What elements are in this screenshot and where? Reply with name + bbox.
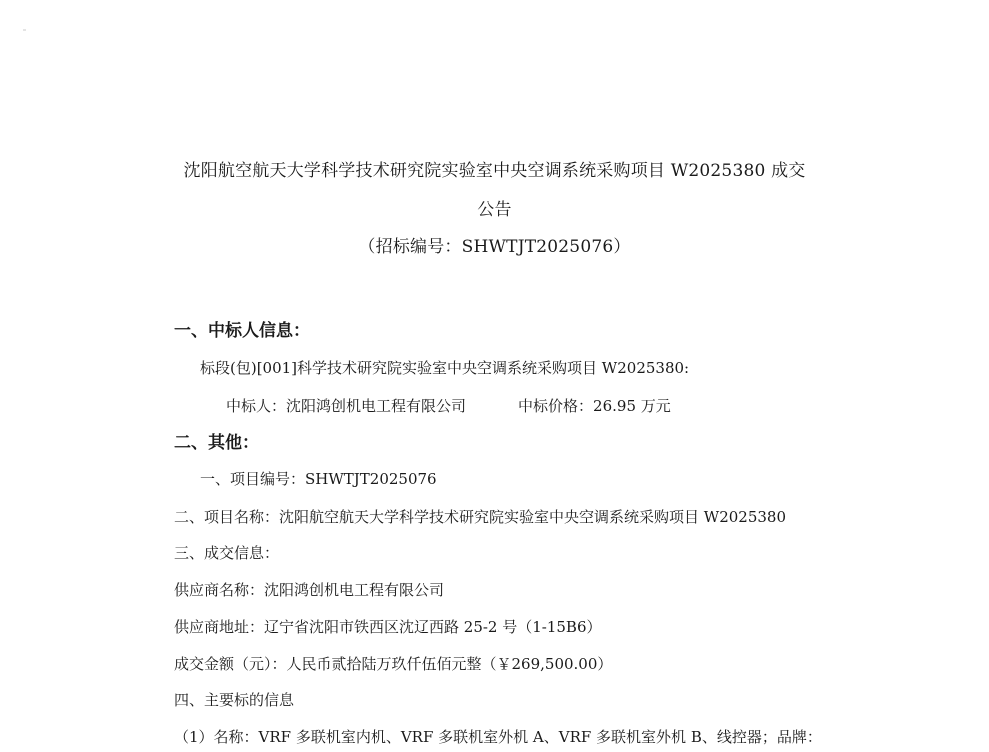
supplier-address: 供应商地址：辽宁省沈阳市铁西区沈辽西路 25-2 号（1-15B6） [174, 617, 602, 637]
winner-label: 中标人： [226, 397, 286, 415]
scan-artifact [23, 29, 26, 31]
document-title-line2: 公告 [0, 199, 989, 221]
project-name: 二、项目名称：沈阳航空航天大学科学技术研究院实验室中央空调系统采购项目 W202… [174, 507, 786, 527]
document-page: 沈阳航空航天大学科学技术研究院实验室中央空调系统采购项目 W2025380 成交… [0, 0, 989, 752]
main-items-heading: 四、主要标的信息 [174, 690, 294, 710]
winner-line: 中标人：沈阳鸿创机电工程有限公司中标价格：26.95 万元 [226, 396, 671, 416]
deal-info-heading: 三、成交信息： [174, 543, 279, 563]
price-label: 中标价格： [518, 397, 593, 415]
section-heading-winner-info: 一、中标人信息： [174, 320, 310, 342]
document-title-line1: 沈阳航空航天大学科学技术研究院实验室中央空调系统采购项目 W2025380 成交 [0, 160, 989, 182]
item-1: （1）名称：VRF 多联机室内机、VRF 多联机室外机 A、VRF 多联机室外机… [174, 727, 822, 747]
section-heading-other: 二、其他： [174, 432, 259, 454]
lot-line: 标段(包)[001]科学技术研究院实验室中央空调系统采购项目 W2025380: [200, 358, 689, 378]
project-number: 一、项目编号：SHWTJT2025076 [200, 469, 437, 489]
tender-number: （招标编号：SHWTJT2025076） [0, 236, 989, 258]
deal-amount: 成交金额（元）：人民币贰拾陆万玖仟伍佰元整（￥269,500.00） [174, 654, 612, 674]
price-value: 26.95 万元 [593, 397, 671, 415]
winner-value: 沈阳鸿创机电工程有限公司 [286, 397, 466, 415]
supplier-name: 供应商名称：沈阳鸿创机电工程有限公司 [174, 580, 444, 600]
